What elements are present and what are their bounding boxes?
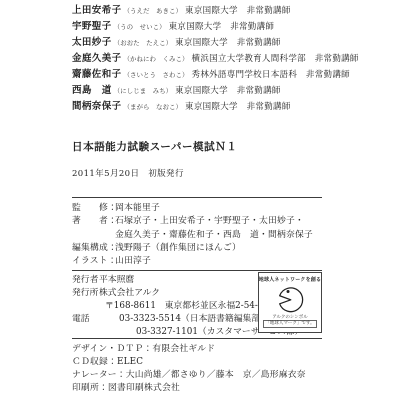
credit-row: 著 者： 石塚京子・上田安希子・宇野聖子・太田妙子・ [72, 213, 332, 226]
credit-value: 浅野陽子（創作集団にほんご） [115, 240, 241, 253]
contributor-row: 間柄奈保子 （まがら なおこ） 東京国際大学 非常勤講師 [72, 98, 392, 114]
divider [72, 270, 322, 271]
contributor-row: 上田安希子 （うえだ あきこ） 東京国際大学 非常勤講師 [72, 2, 392, 18]
contributor-furigana: （かねにわ くみこ） [124, 54, 189, 63]
credit-label: 編集構成： [72, 240, 115, 253]
contributor-row: 宇野聖子 （うの せいこ） 東京国際大学 非常勤講師 [72, 18, 392, 34]
production-row: 印刷所：図書印刷株式会社 [72, 380, 342, 393]
credits-block: 監 修： 岡本能里子 著 者： 石塚京子・上田安希子・宇野聖子・太田妙子・ 金庭… [72, 200, 332, 266]
logo-caption: 「地球人マーク」です。 [263, 320, 316, 328]
contributor-name: 金庭久美子 [72, 50, 122, 64]
contributor-name: 齋藤佐和子 [72, 66, 122, 80]
earthling-mark-icon [275, 284, 305, 314]
divider [72, 197, 322, 198]
publisher-label: 発行者 [72, 272, 99, 285]
contributor-list: 石塚京子 （いしづか きょうこ） 東京国際大学 非常勤講師 上田安希子 （うえだ… [72, 0, 392, 114]
contributor-furigana: （おおた たえこ） [114, 38, 173, 47]
publisher-logo-box: 地球人ネットワークを創る アルクのシンボル 「地球人マーク」です。 [258, 272, 322, 333]
publisher-phone: 03-3323-5514（日本語書籍編集部） [99, 311, 269, 324]
publisher-row: 〒168-8611 東京都杉並区永福2-54-12 [72, 298, 262, 311]
contributor-affiliation: 東京国際大学 非常勤講師 [175, 36, 281, 48]
credit-label: 著 者： [72, 213, 115, 226]
logo-slogan: 地球人ネットワークを創る [259, 276, 321, 283]
credit-value: 金庭久美子・齋藤佐和子・西島 道・間柄奈保子 [115, 227, 313, 240]
publisher-row: 電話 03-3323-5514（日本語書籍編集部） [72, 311, 262, 324]
contributor-affiliation: 東京国際大学 非常勤講師 [175, 84, 281, 96]
contributor-row: 西島 道 （にしじま みち） 東京国際大学 非常勤講師 [72, 82, 392, 98]
credit-value: 岡本能里子 [115, 200, 160, 213]
publisher-row: 03-3327-1101（カスタマーサービス部） [72, 324, 262, 337]
credit-row: 監 修： 岡本能里子 [72, 200, 332, 213]
contributor-furigana: （うえだ あきこ） [124, 6, 183, 15]
contributor-name: 太田妙子 [72, 34, 112, 48]
contributor-affiliation: 東京国際大学 非常勤講師 [185, 4, 291, 16]
contributor-row: 齋藤佐和子 （さいとう さわこ） 秀林外語専門学校日本語科 非常勤講師 [72, 66, 392, 82]
divider [72, 338, 322, 339]
contributor-row: 金庭久美子 （かねにわ くみこ） 横浜国立大学教育人間科学部 非常勤講師 [72, 50, 392, 66]
publisher-label: 発行所 [72, 285, 99, 298]
production-row: デザイン・ＤＴＰ：有限会社ギルド [72, 341, 342, 354]
contributor-affiliation: 秀林外語専門学校日本語科 非常勤講師 [192, 68, 350, 80]
credit-label: イラスト： [72, 253, 115, 266]
publisher-block: 発行者 平本照麿 発行所 株式会社アルク 〒168-8611 東京都杉並区永福2… [72, 272, 262, 336]
contributor-furigana: （さいとう さわこ） [124, 70, 189, 79]
contributor-furigana: （にしじま みち） [114, 86, 173, 95]
credit-value: 石塚京子・上田安希子・宇野聖子・太田妙子・ [115, 213, 304, 226]
book-title: 日本語能力試験スーパー模試Ｎ１ [72, 139, 237, 154]
contributor-affiliation: 東京国際大学 非常勤講師 [185, 100, 291, 112]
credit-label: 監 修： [72, 200, 115, 213]
publisher-row: 発行所 株式会社アルク [72, 285, 262, 298]
publisher-address: 〒168-8611 東京都杉並区永福2-54-12 [99, 298, 269, 311]
contributor-name: 上田安希子 [72, 2, 122, 16]
colophon-page: 石塚京子 （いしづか きょうこ） 東京国際大学 非常勤講師 上田安希子 （うえだ… [0, 0, 400, 400]
production-block: デザイン・ＤＴＰ：有限会社ギルド ＣＤ収録：ELEC ナレーター：大山尚雄／都さ… [72, 341, 342, 393]
credit-value: 山田淳子 [115, 253, 151, 266]
edition-date: 2011年5月20日 初版発行 [72, 167, 184, 179]
production-row: ナレーター：大山尚雄／都さゆり／藤本 京／島形麻衣奈 [72, 367, 342, 380]
contributor-name: 西島 道 [72, 82, 112, 96]
publisher-row: 発行者 平本照麿 [72, 272, 262, 285]
contributor-name: 間柄奈保子 [72, 98, 122, 112]
contributor-row: 太田妙子 （おおた たえこ） 東京国際大学 非常勤講師 [72, 34, 392, 50]
contributor-furigana: （うの せいこ） [114, 22, 166, 31]
contributor-name: 宇野聖子 [72, 18, 112, 32]
contributor-affiliation: 東京国際大学 非常勤講師 [169, 20, 275, 32]
credit-row: 金庭久美子・齋藤佐和子・西島 道・間柄奈保子 [72, 227, 332, 240]
contributor-furigana: （まがら なおこ） [124, 102, 183, 111]
production-row: ＣＤ収録：ELEC [72, 354, 342, 367]
publisher-value: 株式会社アルク [99, 285, 160, 298]
contributor-affiliation: 横浜国立大学教育人間科学部 非常勤講師 [192, 52, 359, 64]
publisher-value: 平本照麿 [99, 272, 134, 285]
publisher-label: 電話 [72, 311, 99, 324]
credit-row: イラスト： 山田淳子 [72, 253, 332, 266]
credit-row: 編集構成： 浅野陽子（創作集団にほんご） [72, 240, 332, 253]
